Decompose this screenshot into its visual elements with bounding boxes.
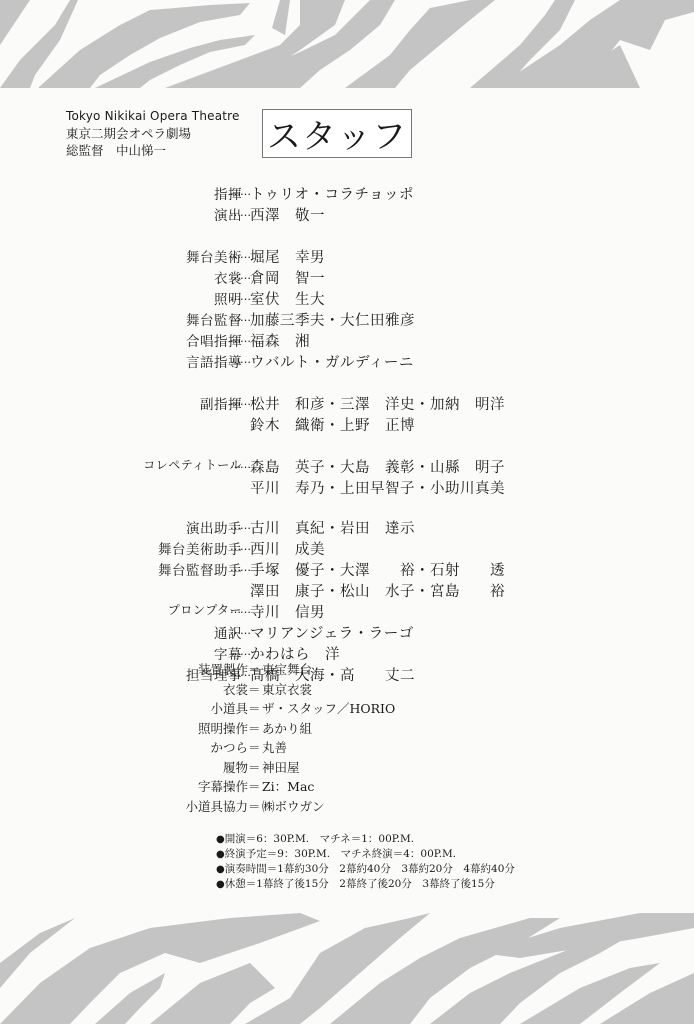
staff-row-continued: 鈴木 織衛・上野 正博: [0, 414, 694, 435]
zebra-stripe-top: [0, 0, 694, 90]
staff-names: 福森 湘: [250, 330, 310, 351]
bullet-icon: ●: [216, 879, 225, 890]
staff-row: 舞台美術堀尾 幸男: [0, 246, 694, 267]
vendor-value: 東京衣裳: [262, 680, 312, 698]
equals-sign: ＝: [248, 660, 261, 678]
staff-row-continued: 澤田 康子・松山 水子・宮島 裕: [0, 580, 694, 601]
page-title-box: スタッフ: [262, 109, 412, 158]
equals-sign: ＝: [248, 699, 261, 717]
vendor-row: 履物＝神田屋: [0, 758, 694, 778]
staff-names: 手塚 優子・大澤 裕・石射 透: [250, 559, 505, 580]
note-intermissions: ●休憩＝1幕終了後15分 2幕終了後20分 3幕終了後15分: [216, 877, 515, 892]
vendor-value: 神田屋: [262, 758, 300, 776]
staff-names: 鈴木 織衛・上野 正博: [250, 414, 415, 435]
equals-sign: ＝: [248, 719, 261, 737]
vendor-label: 小道具: [210, 699, 248, 717]
page-title: スタッフ: [267, 109, 407, 158]
vendor-credits: 装置製作＝東宝舞台 衣裳＝東京衣裳 小道具＝ザ・スタッフ／HORIO 照明操作＝…: [0, 660, 694, 816]
staff-row: 言語指導ウバルト・ガルディーニ: [0, 351, 694, 372]
staff-row: 合唱指揮福森 湘: [0, 330, 694, 351]
equals-sign: ＝: [248, 777, 261, 795]
section-gap: [0, 225, 694, 246]
vendor-row: 小道具＝ザ・スタッフ／HORIO: [0, 699, 694, 719]
staff-names: 室伏 生大: [250, 288, 325, 309]
staff-names: 平川 寿乃・上田早智子・小助川真美: [250, 477, 505, 498]
section-gap: [0, 498, 694, 517]
staff-names: 倉岡 智一: [250, 267, 325, 288]
staff-row: 演出助手古川 真紀・岩田 達示: [0, 517, 694, 538]
staff-names: 森島 英子・大島 義彰・山縣 明子: [250, 456, 505, 477]
section-gap: [0, 372, 694, 393]
staff-names: 松井 和彦・三澤 洋史・加納 明洋: [250, 393, 505, 414]
staff-names: 古川 真紀・岩田 達示: [250, 517, 415, 538]
note-running-time: ●演奏時間＝1幕約30分 2幕約40分 3幕約20分 4幕約40分: [216, 862, 515, 877]
staff-names: 西澤 敬一: [250, 204, 325, 225]
staff-row: 舞台監督加藤三季夫・大仁田雅彦: [0, 309, 694, 330]
note-start-time: ●開演＝6：30P.M. マチネ＝1：00P.M.: [216, 832, 515, 847]
note-end-time: ●終演予定＝9：30P.M. マチネ終演＝4：00P.M.: [216, 847, 515, 862]
staff-role: コレペティトール: [143, 456, 242, 473]
staff-row: 通訳マリアンジェラ・ラーゴ: [0, 622, 694, 643]
staff-row: 副指揮松井 和彦・三澤 洋史・加納 明洋: [0, 393, 694, 414]
staff-names: 寺川 信男: [250, 601, 325, 622]
staff-row: 照明室伏 生大: [0, 288, 694, 309]
staff-names: トゥリオ・コラチョッポ: [250, 183, 414, 204]
vendor-row: 衣裳＝東京衣裳: [0, 680, 694, 700]
performance-notes: ●開演＝6：30P.M. マチネ＝1：00P.M. ●終演予定＝9：30P.M.…: [216, 832, 515, 892]
vendor-value: ザ・スタッフ／HORIO: [262, 699, 395, 717]
director-general: 総監督 中山悌一: [66, 142, 240, 159]
vendor-label: 装置製作: [198, 660, 248, 678]
company-name-en: Tokyo Nikikai Opera Theatre: [66, 108, 240, 125]
bullet-icon: ●: [216, 834, 225, 845]
bullet-icon: ●: [216, 864, 225, 875]
company-name-ja: 東京二期会オペラ劇場: [66, 125, 240, 142]
zebra-stripe-bottom: [0, 913, 694, 1024]
vendor-value: 東宝舞台: [262, 660, 312, 678]
equals-sign: ＝: [248, 738, 261, 756]
vendor-value: 丸善: [262, 738, 287, 756]
vendor-label: かつら: [210, 738, 248, 756]
vendor-row: 小道具協力＝㈱ボウガン: [0, 797, 694, 817]
vendor-value: あかり組: [262, 719, 312, 737]
staff-names: 西川 成美: [250, 538, 325, 559]
staff-row: 舞台監督助手手塚 優子・大澤 裕・石射 透: [0, 559, 694, 580]
vendor-value: Zi：Mac: [262, 777, 314, 795]
staff-row: 指揮トゥリオ・コラチョッポ: [0, 183, 694, 204]
staff-row: コレペティトール森島 英子・大島 義彰・山縣 明子: [0, 456, 694, 477]
staff-list: 指揮トゥリオ・コラチョッポ 演出西澤 敬一 舞台美術堀尾 幸男 衣裳倉岡 智一 …: [0, 183, 694, 685]
staff-row: 演出西澤 敬一: [0, 204, 694, 225]
staff-names: 澤田 康子・松山 水子・宮島 裕: [250, 580, 505, 601]
vendor-label: 衣裳: [223, 680, 248, 698]
vendor-label: 照明操作: [198, 719, 248, 737]
staff-names: マリアンジェラ・ラーゴ: [250, 622, 414, 643]
bullet-icon: ●: [216, 849, 225, 860]
vendor-row: 字幕操作＝Zi：Mac: [0, 777, 694, 797]
equals-sign: ＝: [248, 797, 261, 815]
equals-sign: ＝: [248, 680, 261, 698]
vendor-label: 履物: [223, 758, 248, 776]
staff-row: プロンプター寺川 信男: [0, 601, 694, 622]
staff-row: 衣裳倉岡 智一: [0, 267, 694, 288]
staff-names: 加藤三季夫・大仁田雅彦: [250, 309, 415, 330]
staff-names: 堀尾 幸男: [250, 246, 325, 267]
vendor-label: 字幕操作: [198, 777, 248, 795]
vendor-label: 小道具協力: [185, 797, 248, 815]
staff-names: ウバルト・ガルディーニ: [250, 351, 414, 372]
equals-sign: ＝: [248, 758, 261, 776]
vendor-value: ㈱ボウガン: [262, 797, 325, 815]
section-gap: [0, 435, 694, 456]
vendor-row: かつら＝丸善: [0, 738, 694, 758]
staff-row-continued: 平川 寿乃・上田早智子・小助川真美: [0, 477, 694, 498]
company-header: Tokyo Nikikai Opera Theatre 東京二期会オペラ劇場 総…: [66, 108, 240, 159]
vendor-row: 装置製作＝東宝舞台: [0, 660, 694, 680]
vendor-row: 照明操作＝あかり組: [0, 719, 694, 739]
staff-row: 舞台美術助手西川 成美: [0, 538, 694, 559]
